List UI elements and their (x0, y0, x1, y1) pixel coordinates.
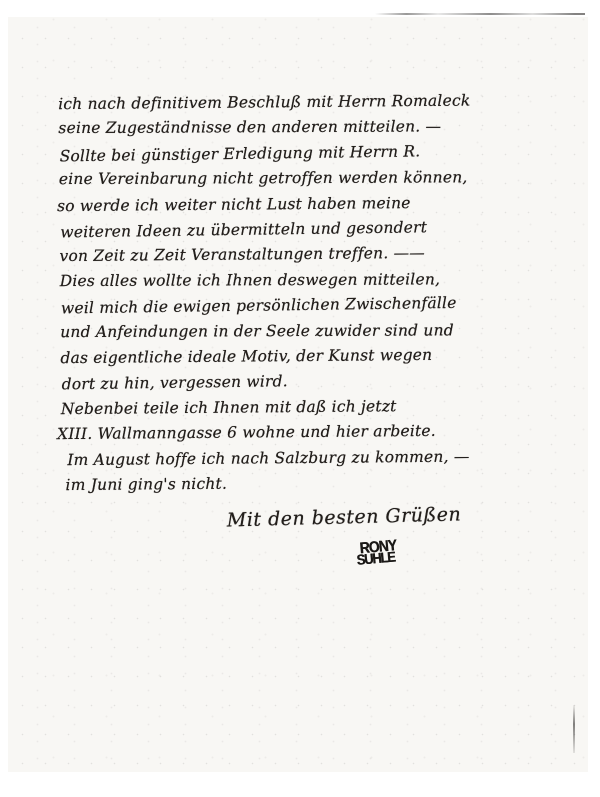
name-stamp: RONY SUHLE (355, 538, 397, 566)
scan-artifact-top-edge (375, 13, 585, 15)
handwritten-line: ich nach definitivem Beschluß mit Herrn … (58, 88, 546, 118)
letter-body: ich nach definitivem Beschluß mit Herrn … (58, 88, 550, 534)
handwritten-line: und Anfeindungen in der Seele zuwider si… (60, 318, 548, 346)
scan-artifact-right-edge (573, 705, 575, 753)
letter-closing: Mit den besten Grüßen (226, 497, 550, 535)
stamp-text-line2: SUHLE (356, 550, 397, 566)
scanned-letter-page: ich nach definitivem Beschluß mit Herrn … (0, 0, 600, 797)
handwritten-line: weil mich die ewigen persönlichen Zwisch… (61, 290, 549, 322)
handwritten-line: im Juni ging's nicht. (65, 469, 553, 499)
handwritten-lines: ich nach definitivem Beschluß mit Herrn … (58, 88, 550, 499)
handwritten-line: eine Vereinbarung nicht getroffen werden… (59, 165, 547, 193)
